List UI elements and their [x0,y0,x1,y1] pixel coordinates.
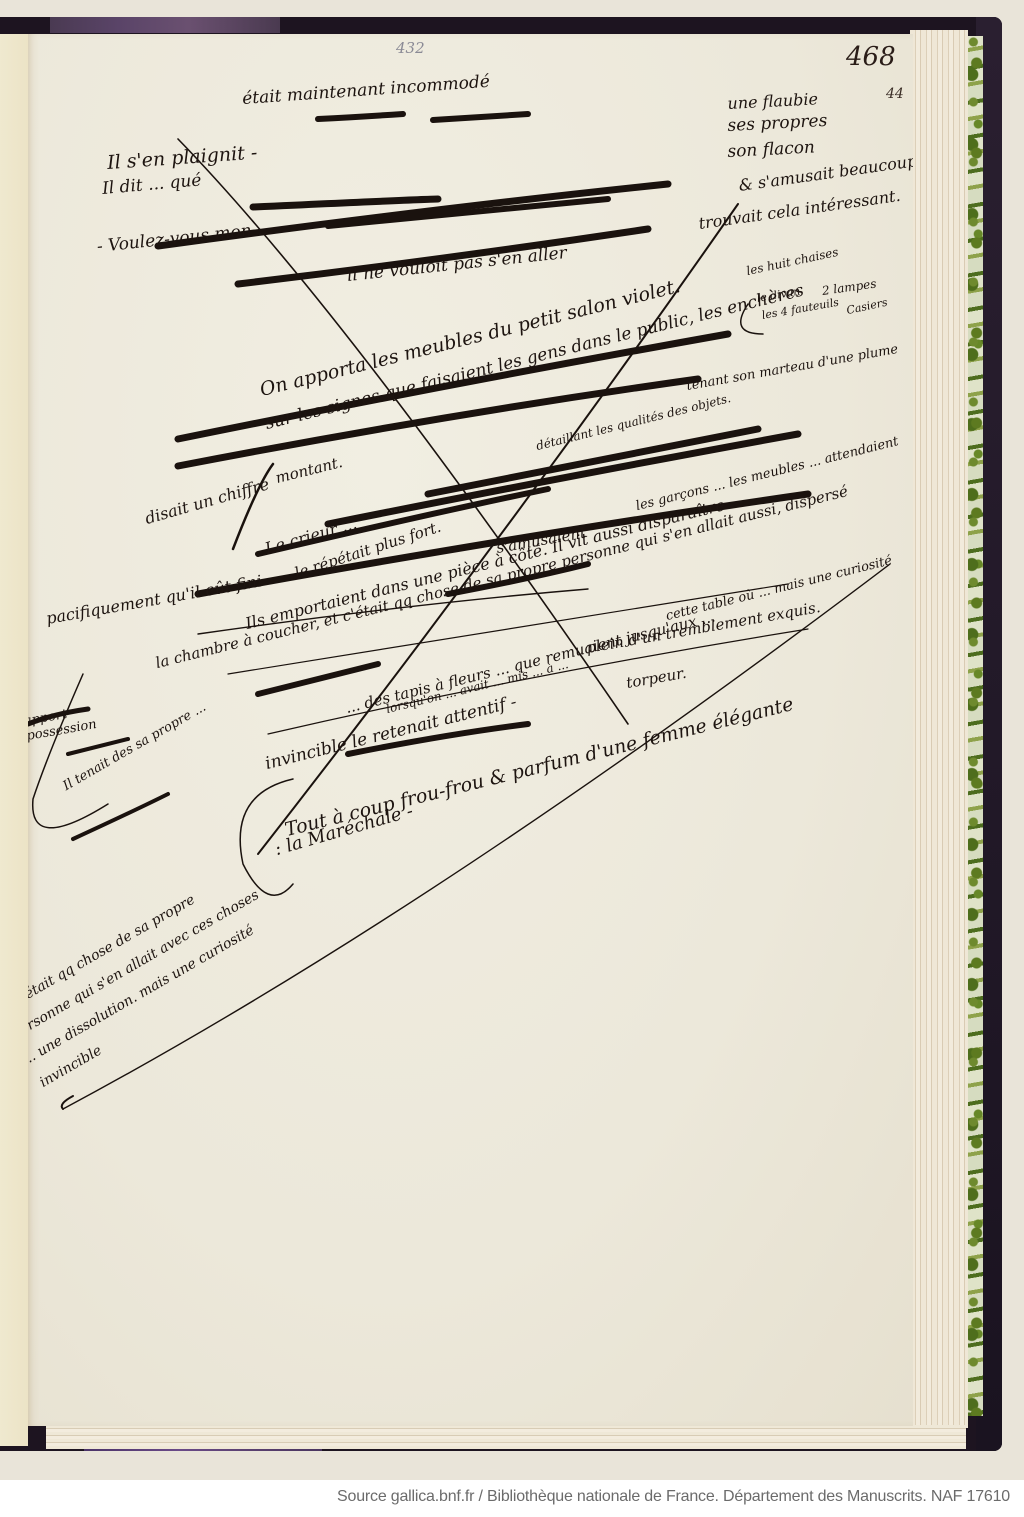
marbled-endpaper [967,36,983,1416]
manuscript-page: 432 468 44 Il s'en plaignit - était main… [28,34,913,1426]
page-edges-bottom [46,1425,966,1449]
page-edges-right [910,30,968,1428]
folio-number-ink: 468 [846,42,896,72]
folio-number-pencil: 432 [396,39,425,57]
source-credit: Source gallica.bnf.fr / Bibliothèque nat… [337,1488,1010,1506]
folio-number-secondary: 44 [886,86,904,102]
cover-top-band [50,17,280,33]
previous-page-edge [0,34,28,1446]
credit-bar: Source gallica.bnf.fr / Bibliothèque nat… [0,1480,1024,1517]
document-viewer: 432 468 44 Il s'en plaignit - était main… [0,0,1024,1480]
